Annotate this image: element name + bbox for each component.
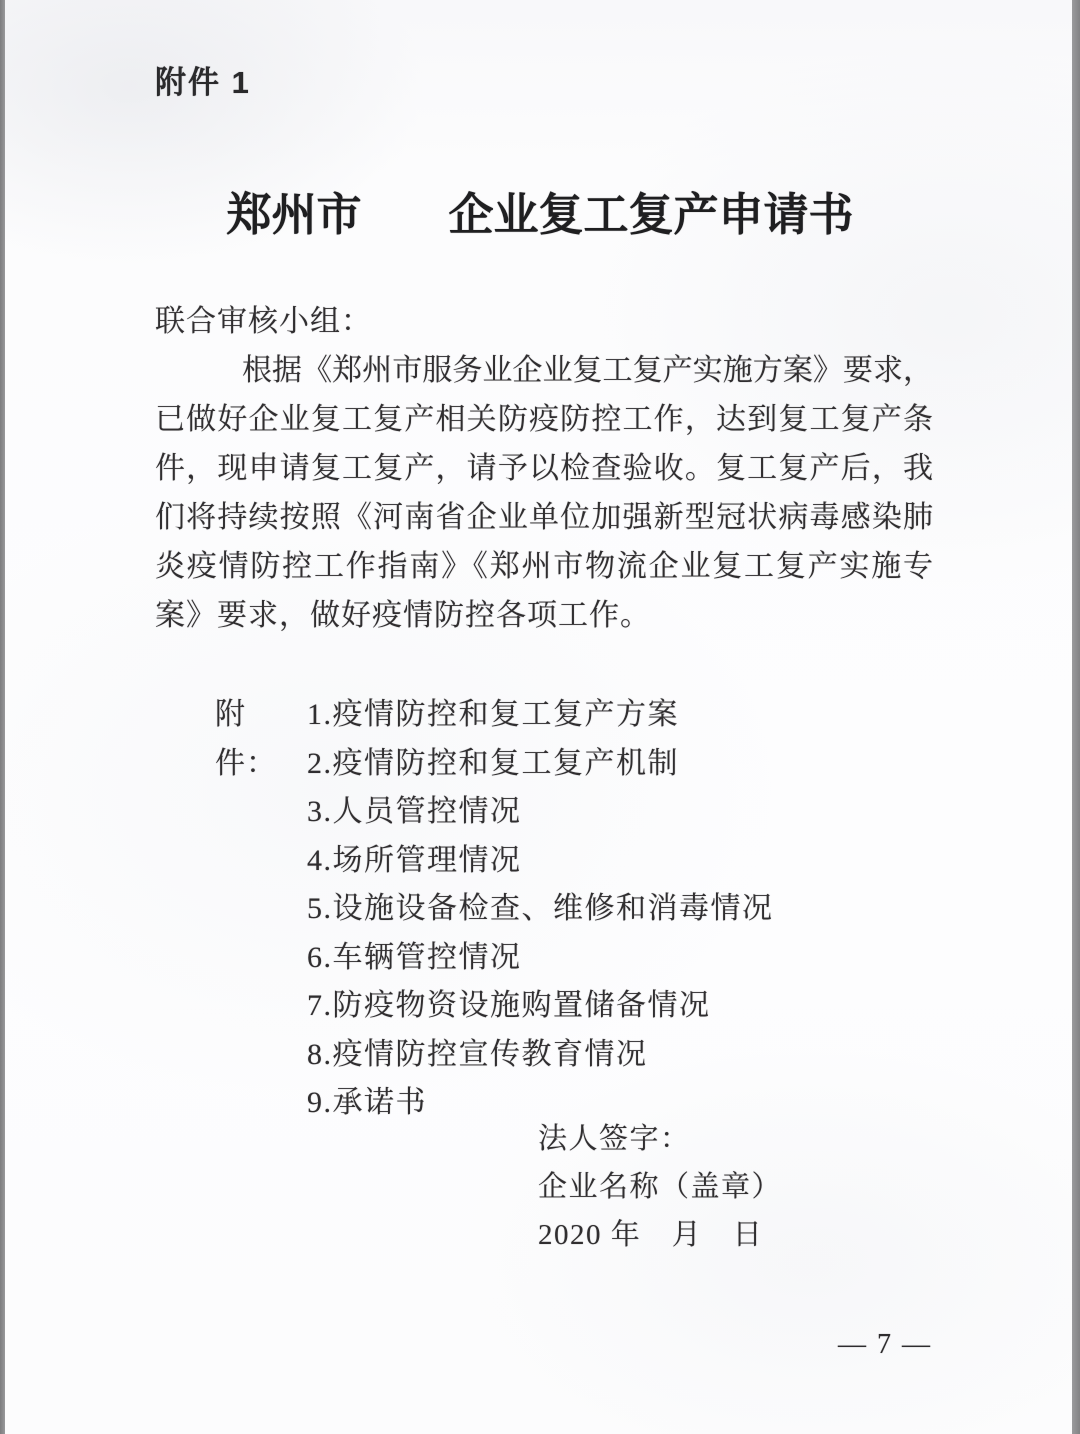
page-number: — 7 — [820, 1330, 950, 1360]
attachment-list-item: 4.场所管理情况 [307, 837, 774, 886]
attachments-list: 1.疫情防控和复工复产方案2.疫情防控和复工复产机制3.人员管控情况4.场所管理… [307, 691, 774, 1128]
paragraph-line: 件，现申请复工复产，请予以检查验收。复工复产后，我 [155, 444, 933, 493]
attachments-label: 附件： [215, 691, 307, 740]
document-title-main: 企业复工复产申请书 [449, 185, 854, 245]
document-title-prefix: 郑州市 [226, 185, 361, 245]
paragraph-line: 们将持续按照《河南省企业单位加强新型冠状病毒感染肺 [155, 493, 933, 542]
attachment-tag: 附件 1 [155, 62, 251, 104]
paragraph-line: 已做好企业复工复产相关防疫防控工作，达到复工复产条 [155, 395, 933, 444]
paragraph-line: 案》要求，做好疫情防控各项工作。 [155, 591, 933, 640]
date-line: 2020 年 月 日 [538, 1211, 782, 1259]
scanned-document-page: 附件 1 郑州市 企业复工复产申请书 联合审核小组： 根据《郑州市服务业企业复工… [0, 0, 1080, 1434]
attachments-section: 附件： 1.疫情防控和复工复产方案2.疫情防控和复工复产机制3.人员管控情况4.… [215, 691, 774, 1128]
body-block: 联合审核小组： 根据《郑州市服务业企业复工复产实施方案》要求，已做好企业复工复产… [155, 297, 933, 640]
legal-person-signature-line: 法人签字： [538, 1115, 782, 1163]
attachment-list-item: 8.疫情防控宣传教育情况 [307, 1031, 774, 1080]
attachment-list-item: 7.防疫物资设施购置储备情况 [307, 982, 774, 1031]
document-title: 郑州市 企业复工复产申请书 [0, 185, 1080, 245]
attachment-list-item: 5.设施设备检查、维修和消毒情况 [307, 885, 774, 934]
paragraph-line: 炎疫情防控工作指南》《郑州市物流企业复工复产实施专 [155, 542, 933, 591]
company-name-seal-line: 企业名称（盖章） [538, 1163, 782, 1211]
attachment-list-item: 3.人员管控情况 [307, 788, 774, 837]
attachment-list-item: 6.车辆管控情况 [307, 934, 774, 983]
signature-block: 法人签字： 企业名称（盖章） 2020 年 月 日 [538, 1115, 782, 1259]
paragraph-line: 根据《郑州市服务业企业复工复产实施方案》要求， [155, 346, 933, 395]
salutation-line: 联合审核小组： [155, 297, 933, 346]
body-paragraph: 根据《郑州市服务业企业复工复产实施方案》要求，已做好企业复工复产相关防疫防控工作… [155, 346, 933, 640]
attachment-list-item: 2.疫情防控和复工复产机制 [307, 740, 774, 789]
attachment-list-item: 1.疫情防控和复工复产方案 [307, 691, 774, 740]
